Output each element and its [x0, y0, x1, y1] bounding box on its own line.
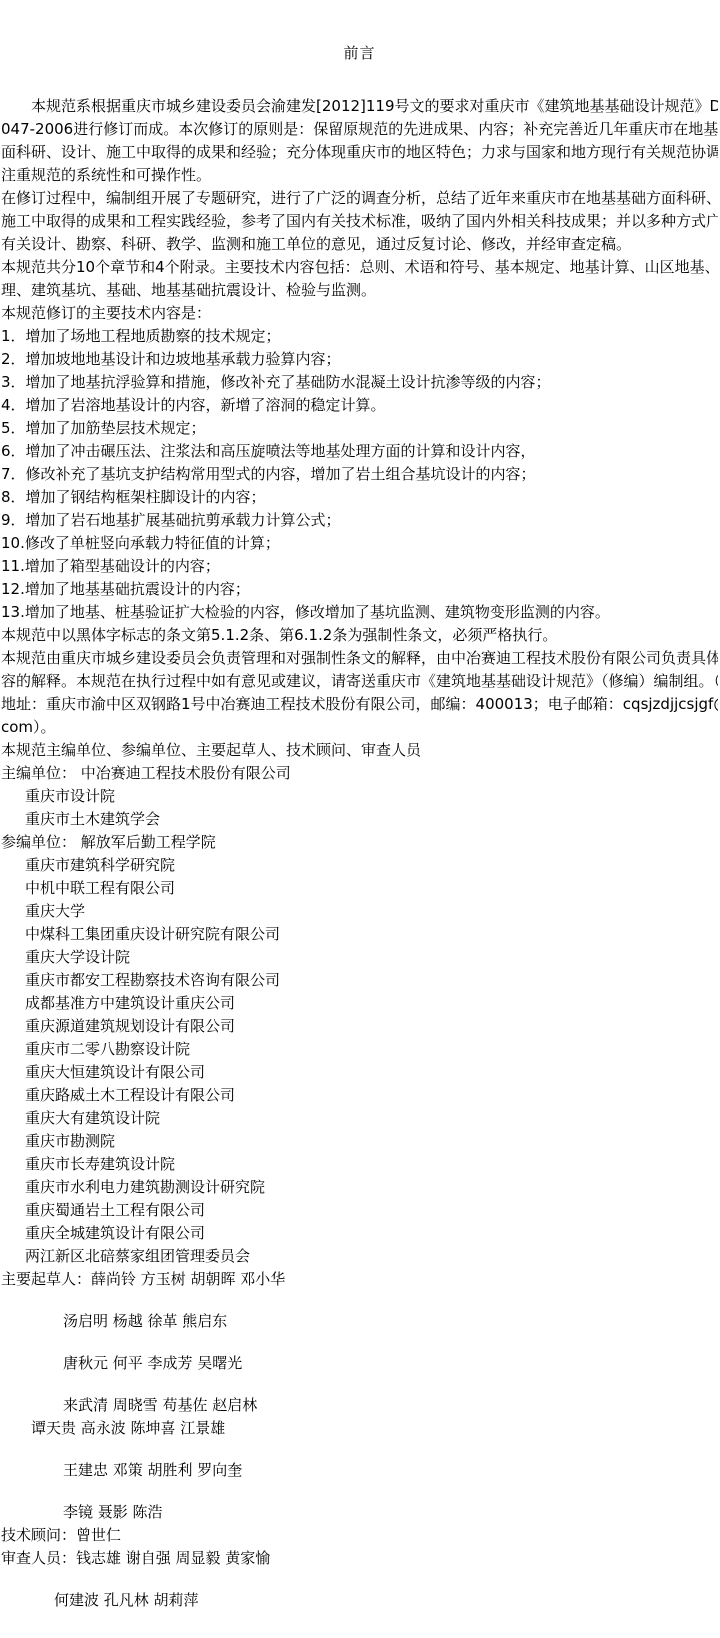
- text-line: 重庆源道建筑规划设计有限公司: [25, 1015, 718, 1038]
- text-line: 本规范中以黑体字标志的条文第5.1.2条、第6.1.2条为强制性条文，必须严格执…: [1, 624, 718, 647]
- text-line: 重庆蜀通岩土工程有限公司: [25, 1199, 718, 1222]
- text-line: 1．增加了场地工程地质勘察的技术规定；: [1, 325, 718, 348]
- text-line: 5．增加了加筋垫层技术规定；: [1, 417, 718, 440]
- text-line: 有关设计、勘察、科研、教学、监测和施工单位的意见，通过反复讨论、修改，并经审查定…: [1, 233, 718, 256]
- text-line: 重庆市勘测院: [25, 1130, 718, 1153]
- text-line: 汤启明 杨越 徐革 熊启东: [63, 1310, 718, 1333]
- text-line: 重庆大学: [25, 900, 718, 923]
- text-line: 李镜 聂影 陈浩: [63, 1501, 718, 1524]
- text-line: 注重规范的系统性和可操作性。: [1, 164, 718, 187]
- text-line: 审查人员：钱志雄 谢自强 周显毅 黄家愉: [1, 1547, 718, 1570]
- text-line: 重庆市建筑科学研究院: [25, 854, 718, 877]
- text-line: 本规范共分10个章节和4个附录。主要技术内容包括：总则、术语和符号、基本规定、地…: [1, 256, 718, 279]
- text-line: 重庆全城建筑设计有限公司: [25, 1222, 718, 1245]
- text-line: 7．修改补充了基坑支护结构常用型式的内容，增加了岩土组合基坑设计的内容；: [1, 463, 718, 486]
- text-line: 地址：重庆市渝中区双钢路1号中冶赛迪工程技术股份有限公司，邮编：400013；电…: [1, 693, 718, 716]
- text-line: 重庆大有建筑设计院: [25, 1107, 718, 1130]
- text-line: 谭天贵 高永波 陈坤喜 江景雄: [31, 1417, 718, 1440]
- text-line: 11.增加了箱型基础设计的内容；: [1, 555, 718, 578]
- text-line: 容的解释。本规范在执行过程中如有意见或建议，请寄送重庆市《建筑地基基础设计规范》…: [1, 670, 718, 693]
- text-line: 重庆大恒建筑设计有限公司: [25, 1061, 718, 1084]
- text-line: 主编单位： 中冶赛迪工程技术股份有限公司: [1, 762, 718, 785]
- text-line: 参编单位： 解放军后勤工程学院: [1, 831, 718, 854]
- document-page: 前言 本规范系根据重庆市城乡建设委员会渝建发[2012]119号文的要求对重庆市…: [0, 0, 720, 1612]
- text-line: com）。: [1, 716, 718, 739]
- text-line: 技术顾问：曾世仁: [1, 1524, 718, 1547]
- text-line: 重庆大学设计院: [25, 946, 718, 969]
- text-line: 理、建筑基坑、基础、地基基础抗震设计、检验与监测。: [1, 279, 718, 302]
- text-line: 本规范由重庆市城乡建设委员会负责管理和对强制性条文的解释，由中冶赛迪工程技术股份…: [1, 647, 718, 670]
- text-line: 重庆路威土木工程设计有限公司: [25, 1084, 718, 1107]
- text-line: 本规范主编单位、参编单位、主要起草人、技术顾问、审查人员: [1, 739, 718, 762]
- text-line: 8．增加了钢结构框架柱脚设计的内容；: [1, 486, 718, 509]
- text-line: 重庆市长寿建筑设计院: [25, 1153, 718, 1176]
- text-line: 4．增加了岩溶地基设计的内容，新增了溶洞的稳定计算。: [1, 394, 718, 417]
- text-line: 9．增加了岩石地基扩展基础抗剪承载力计算公式；: [1, 509, 718, 532]
- text-line: 本规范修订的主要技术内容是：: [1, 302, 718, 325]
- text-line: 唐秋元 何平 李成芳 吴曙光: [63, 1352, 718, 1375]
- text-line: 重庆市都安工程勘察技术咨询有限公司: [25, 969, 718, 992]
- text-line: 两江新区北碚蔡家组团管理委员会: [25, 1245, 718, 1268]
- page-title: 前言: [1, 42, 718, 65]
- text-line: 重庆市水利电力建筑勘测设计研究院: [25, 1176, 718, 1199]
- text-line: 何建波 孔凡林 胡莉萍: [54, 1589, 718, 1612]
- text-line: 主要起草人：薛尚铃 方玉树 胡朝晖 邓小华: [1, 1268, 718, 1291]
- text-line: 在修订过程中，编制组开展了专题研究，进行了广泛的调查分析，总结了近年来重庆市在地…: [1, 187, 718, 210]
- text-line: 重庆市设计院: [25, 785, 718, 808]
- text-line: 12.增加了地基基础抗震设计的内容；: [1, 578, 718, 601]
- text-line: 成都基准方中建筑设计重庆公司: [25, 992, 718, 1015]
- document-body: 本规范系根据重庆市城乡建设委员会渝建发[2012]119号文的要求对重庆市《建筑…: [1, 95, 718, 1612]
- text-line: 施工中取得的成果和工程实践经验，参考了国内有关技术标准，吸纳了国内外相关科技成果…: [1, 210, 718, 233]
- text-line: 面科研、设计、施工中取得的成果和经验；充分体现重庆市的地区特色；力求与国家和地方…: [1, 141, 718, 164]
- text-line: 重庆市土木建筑学会: [25, 808, 718, 831]
- text-line: 中机中联工程有限公司: [25, 877, 718, 900]
- text-line: 3．增加了地基抗浮验算和措施，修改补充了基础防水混凝土设计抗渗等级的内容；: [1, 371, 718, 394]
- text-line: 中煤科工集团重庆设计研究院有限公司: [25, 923, 718, 946]
- text-line: 10.修改了单桩竖向承载力特征值的计算；: [1, 532, 718, 555]
- text-line: 王建忠 邓策 胡胜利 罗向奎: [63, 1459, 718, 1482]
- text-line: 047-2006进行修订而成。本次修订的原则是：保留原规范的先进成果、内容；补充…: [1, 118, 718, 141]
- text-line: 来武清 周晓雪 苟基佐 赵启林: [63, 1394, 718, 1417]
- text-line: 2．增加坡地地基设计和边坡地基承载力验算内容；: [1, 348, 718, 371]
- text-line: 6．增加了冲击碾压法、注浆法和高压旋喷法等地基处理方面的计算和设计内容，: [1, 440, 718, 463]
- text-line: 13.增加了地基、桩基验证扩大检验的内容，修改增加了基坑监测、建筑物变形监测的内…: [1, 601, 718, 624]
- text-line: 重庆市二零八勘察设计院: [25, 1038, 718, 1061]
- text-line: 本规范系根据重庆市城乡建设委员会渝建发[2012]119号文的要求对重庆市《建筑…: [31, 95, 718, 118]
